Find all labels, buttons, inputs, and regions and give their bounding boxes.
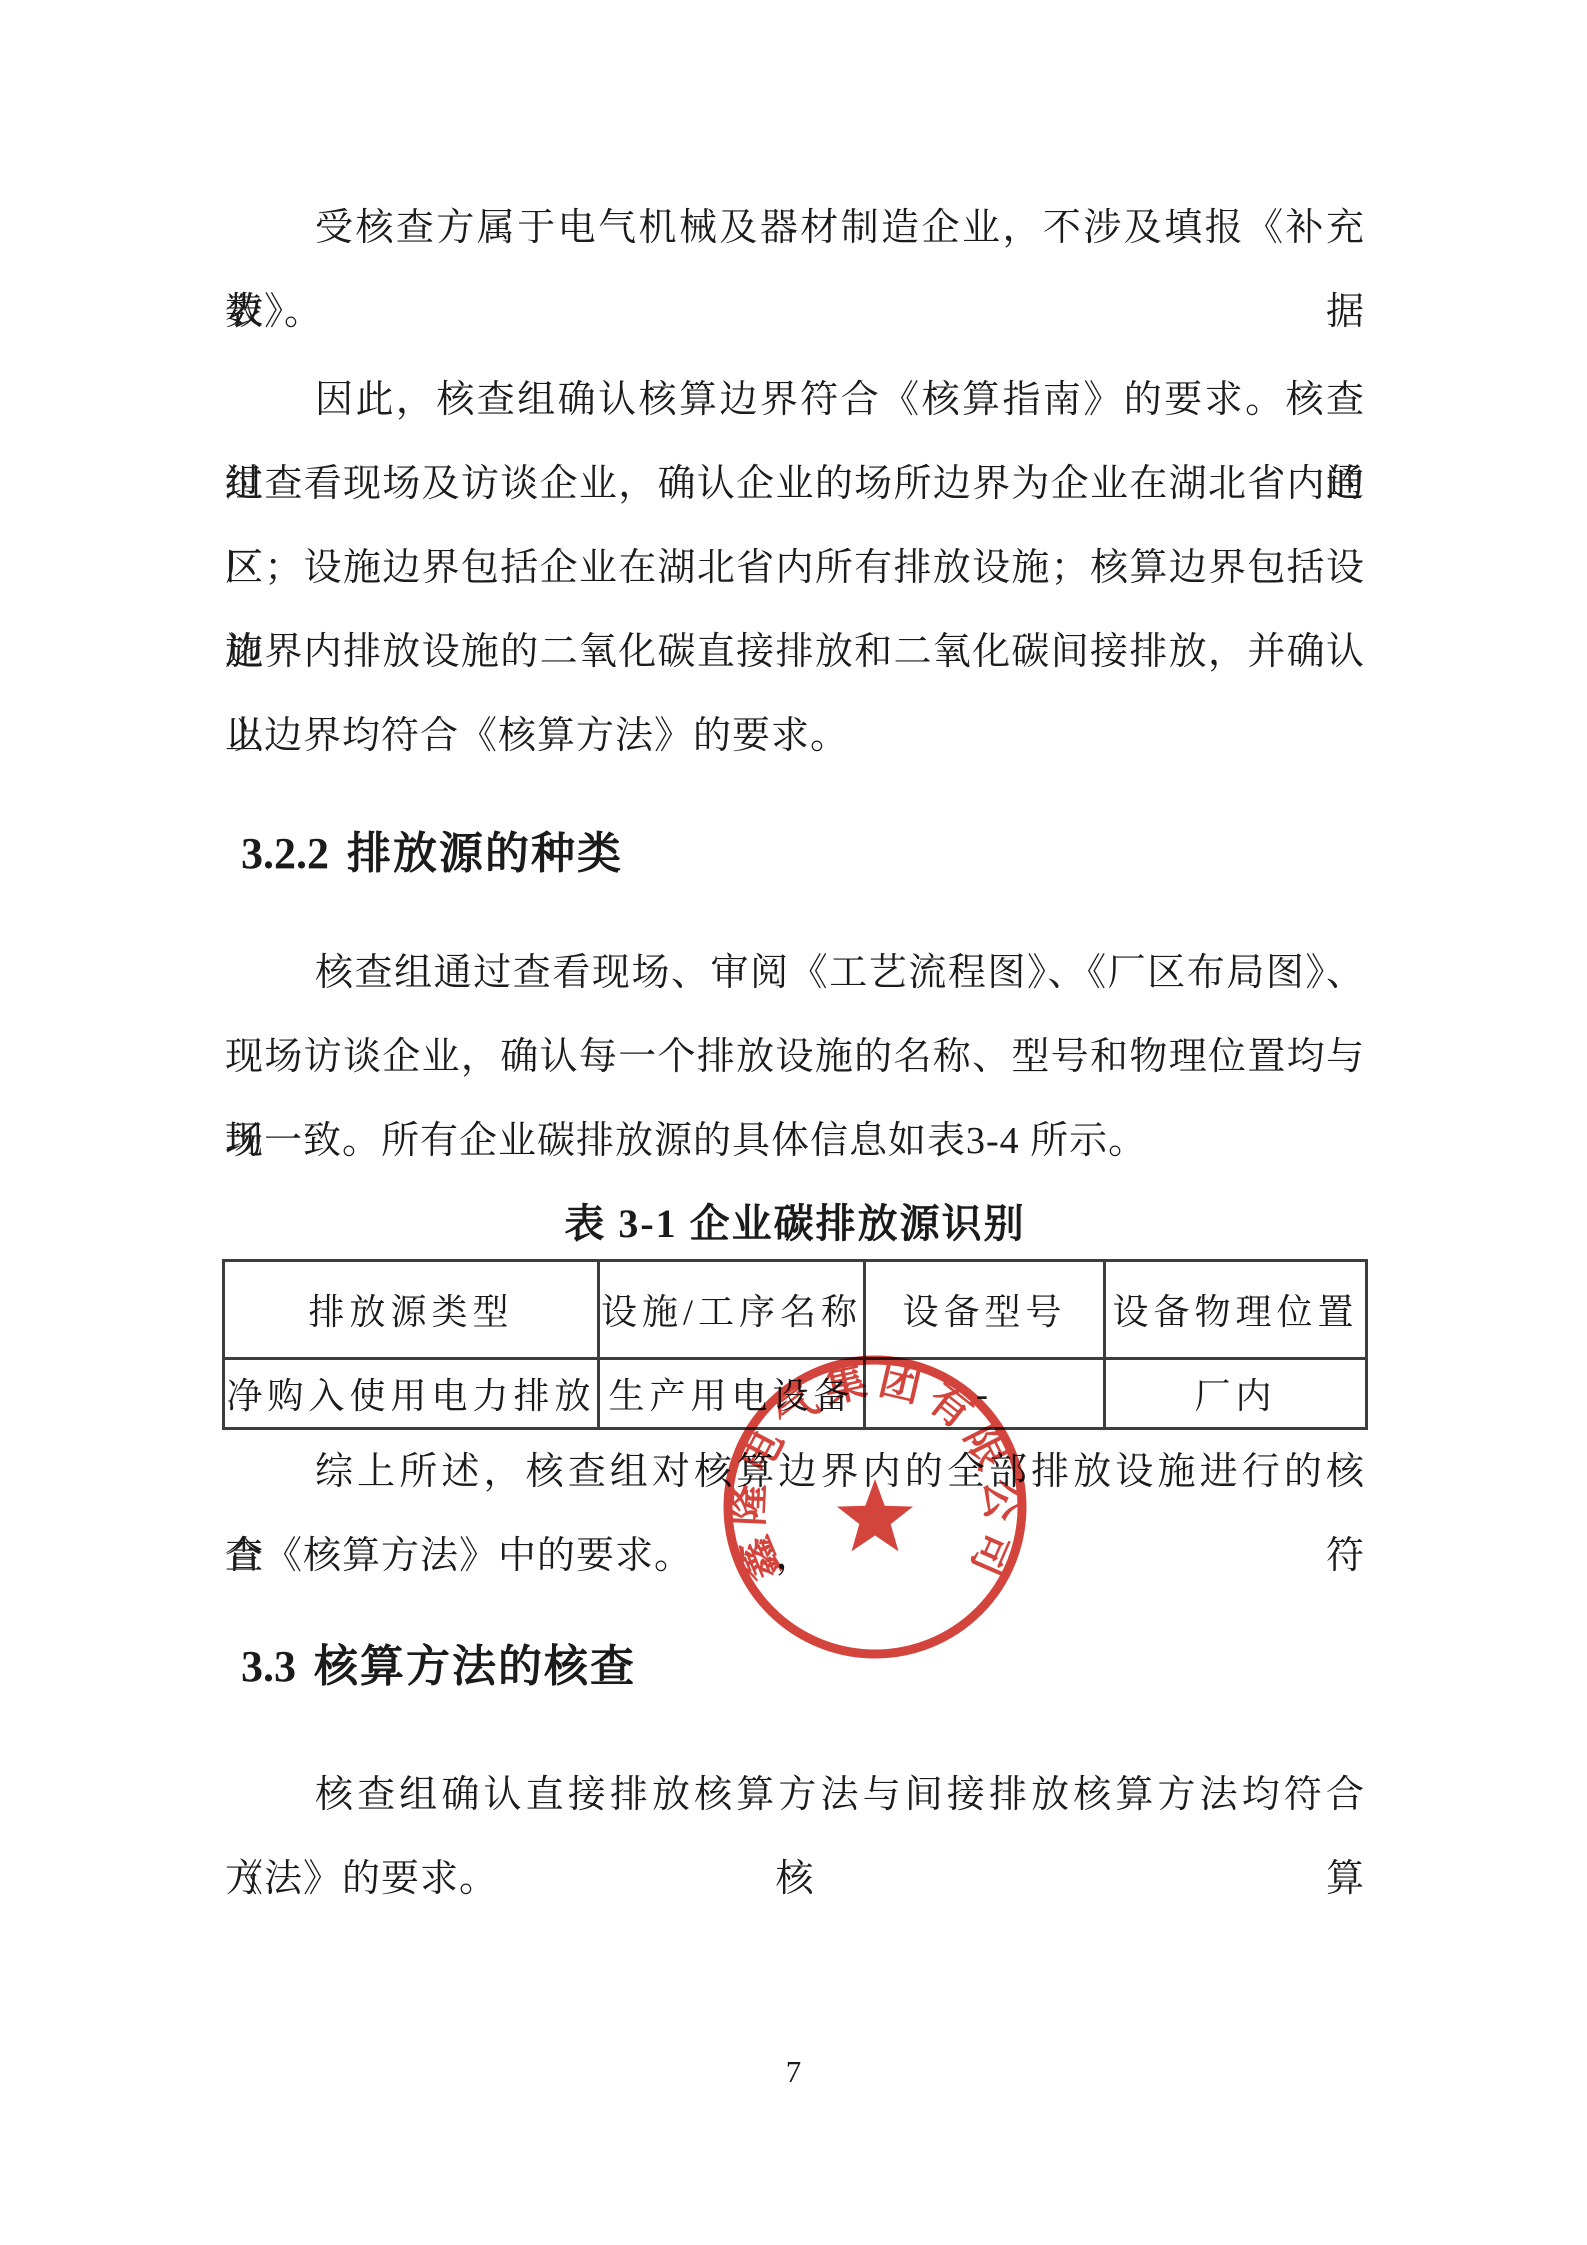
paragraph-summary: 综上所述，核查组对核算边界内的全部排放设施进行的核查，符合《核算方法》中的要求。 (225, 1430, 1365, 1598)
table-caption: 表 3-1 企业碳排放源识别 (225, 1196, 1365, 1252)
page-body: 受核查方属于电气机械及器材制造企业，不涉及填报《补充数据表》。 因此，核查组确认… (225, 0, 1365, 2245)
text-line: 受核查方属于电气机械及器材制造企业，不涉及填报《补充数据 (225, 186, 1365, 270)
table-header-row: 排放源类型 设施/工序名称 设备型号 设备物理位置 (224, 1261, 1367, 1359)
paragraph-supplementary-data: 受核查方属于电气机械及器材制造企业，不涉及填报《补充数据表》。 (225, 186, 1365, 354)
section-title: 排放源的种类 (347, 829, 623, 878)
paragraph-method-confirmation: 核查组确认直接排放核算方法与间接排放核算方法均符合《核算方法》的要求。 (225, 1753, 1365, 1921)
text-line: 核查组通过查看现场、审阅《工艺流程图》、《厂区布局图》、 (225, 931, 1365, 1015)
section-title: 核算方法的核查 (314, 1642, 636, 1691)
table-header-cell: 排放源类型 (224, 1261, 599, 1359)
text-line: 因此，核查组确认核算边界符合《核算指南》的要求。核查组通 (225, 358, 1365, 442)
text-line: 现场访谈企业，确认每一个排放设施的名称、型号和物理位置均与现 (225, 1015, 1365, 1099)
emission-source-table: 排放源类型 设施/工序名称 设备型号 设备物理位置 净购入使用电力排放 生产用电… (222, 1259, 1368, 1430)
table-cell: - (865, 1359, 1105, 1429)
page-number: 7 (0, 2052, 1587, 2092)
section-number: 3.3 (241, 1642, 296, 1691)
table-row: 净购入使用电力排放 生产用电设备 - 厂内 (224, 1359, 1367, 1429)
text-line: 过查看现场及访谈企业，确认企业的场所边界为企业在湖北省内的厂 (225, 442, 1365, 526)
text-line: 边界内排放设施的二氧化碳直接排放和二氧化碳间接排放，并确认以 (225, 610, 1365, 694)
text-line: 场一致。所有企业碳排放源的具体信息如表3-4 所示。 (225, 1099, 1365, 1183)
table-cell: 厂内 (1105, 1359, 1367, 1429)
text-line: 核查组确认直接排放核算方法与间接排放核算方法均符合《核算 (225, 1753, 1365, 1837)
paragraph-emission-sources: 核查组通过查看现场、审阅《工艺流程图》、《厂区布局图》、现场访谈企业，确认每一个… (225, 931, 1365, 1183)
text-line: 上边界均符合《核算方法》的要求。 (225, 694, 1365, 778)
section-heading-3-3: 3.3核算方法的核查 (225, 1635, 1365, 1699)
table-header-cell: 设备物理位置 (1105, 1261, 1367, 1359)
paragraph-boundary-confirmation: 因此，核查组确认核算边界符合《核算指南》的要求。核查组通过查看现场及访谈企业，确… (225, 358, 1365, 778)
text-line: 综上所述，核查组对核算边界内的全部排放设施进行的核查，符 (225, 1430, 1365, 1514)
table-cell: 生产用电设备 (599, 1359, 865, 1429)
table-header-cell: 设施/工序名称 (599, 1261, 865, 1359)
table-cell: 净购入使用电力排放 (224, 1359, 599, 1429)
section-number: 3.2.2 (241, 829, 329, 878)
section-heading-3-2-2: 3.2.2排放源的种类 (225, 822, 1365, 886)
document-page: { "page": { "number": "7", "background_c… (0, 0, 1587, 2245)
table-header-cell: 设备型号 (865, 1261, 1105, 1359)
text-line: 区；设施边界包括企业在湖北省内所有排放设施；核算边界包括设施 (225, 526, 1365, 610)
